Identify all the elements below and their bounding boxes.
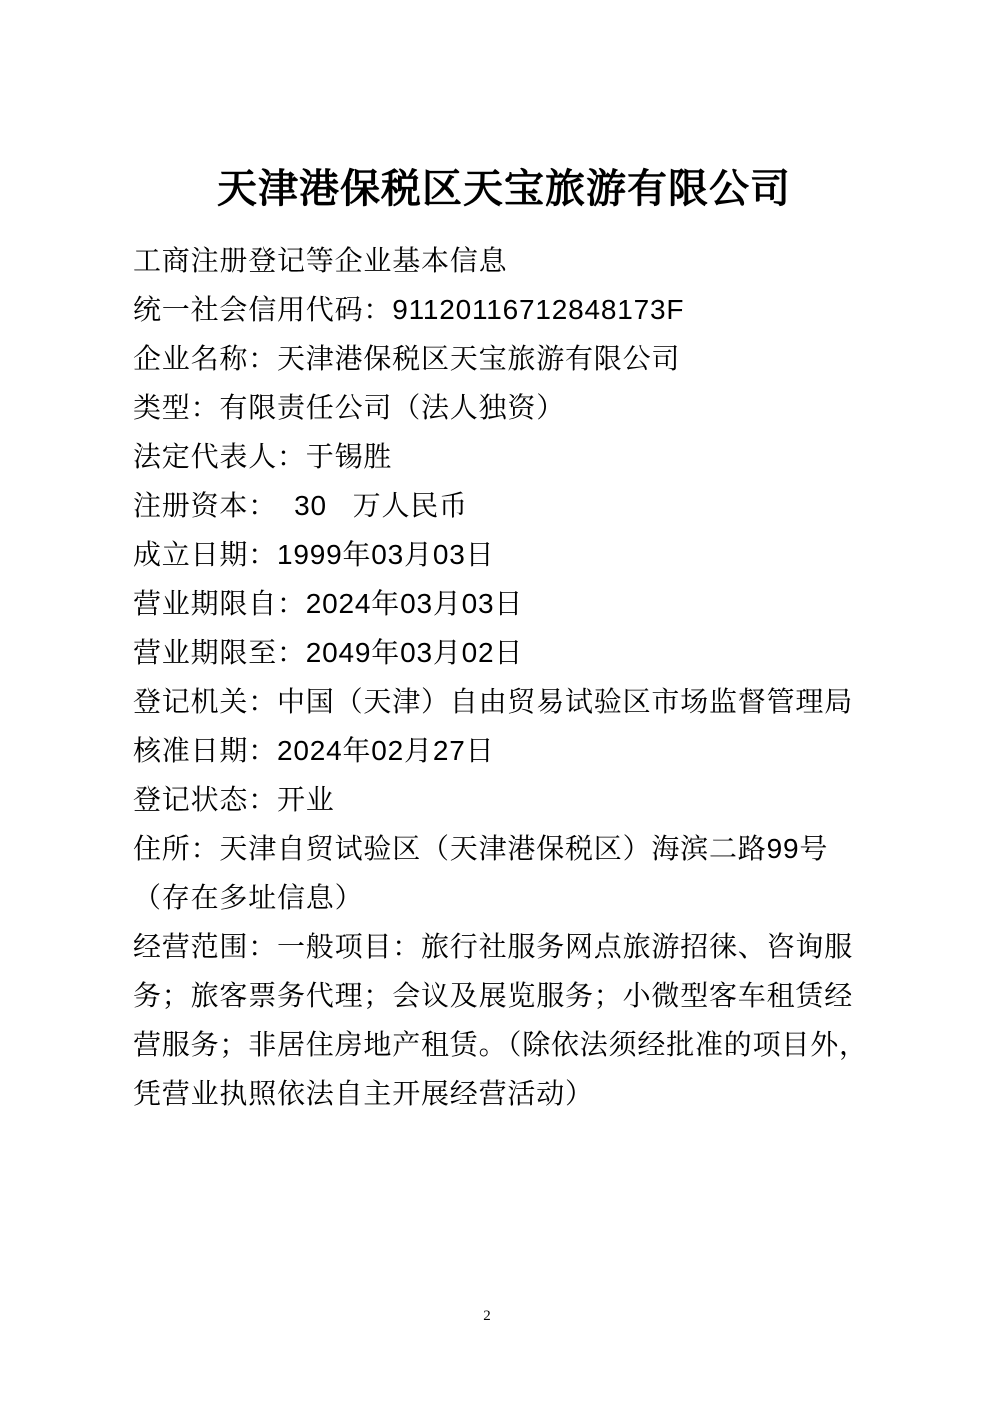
field-company-type: 类型：有限责任公司（法人独资） (133, 383, 875, 432)
field-company-name: 企业名称：天津港保税区天宝旅游有限公司 (133, 334, 875, 383)
field-legal-representative: 法定代表人：于锡胜 (133, 432, 875, 481)
section-heading: 工商注册登记等企业基本信息 (133, 236, 875, 285)
field-address: 住所：天津自贸试验区（天津港保税区）海滨二路99号（存在多址信息） (133, 824, 875, 922)
field-business-term-from: 营业期限自：2024年03月03日 (133, 579, 875, 628)
page-number: 2 (0, 1308, 974, 1325)
document-page: 天津港保税区天宝旅游有限公司 工商注册登记等企业基本信息 统一社会信用代码：91… (0, 0, 1000, 1414)
field-business-term-to: 营业期限至：2049年03月02日 (133, 628, 875, 677)
field-registration-authority: 登记机关：中国（天津）自由贸易试验区市场监督管理局 (133, 677, 875, 726)
field-registered-capital: 注册资本： 30 万人民币 (133, 481, 875, 530)
field-business-scope: 经营范围：一般项目：旅行社服务网点旅游招徕、咨询服务；旅客票务代理；会议及展览服… (133, 922, 875, 1118)
field-establishment-date: 成立日期：1999年03月03日 (133, 530, 875, 579)
field-unified-credit-code: 统一社会信用代码：91120116712848173F (133, 285, 875, 334)
field-approval-date: 核准日期：2024年02月27日 (133, 726, 875, 775)
document-content: 天津港保税区天宝旅游有限公司 工商注册登记等企业基本信息 统一社会信用代码：91… (133, 166, 875, 1118)
company-title: 天津港保税区天宝旅游有限公司 (133, 166, 875, 212)
field-registration-status: 登记状态：开业 (133, 775, 875, 824)
